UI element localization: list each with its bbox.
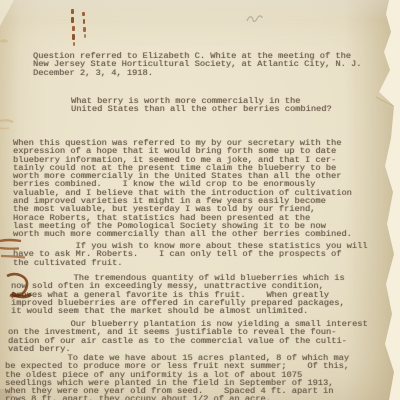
tan-smudge (0, 120, 13, 122)
paragraph: Our blueberry plantation is now yielding… (8, 320, 368, 353)
paragraph: To date we have about 15 acres planted, … (5, 354, 349, 400)
pencil-scribble (247, 16, 262, 22)
body-line: vated berry. (8, 345, 368, 353)
paragraph: The tremendous quantity of wild blueberr… (11, 274, 345, 315)
question-line: United States than all the other berries… (71, 105, 332, 113)
staple-rust-marks (71, 9, 86, 46)
body-line: it would seem that the market should be … (11, 307, 345, 315)
paragraph: When this question was referred to my by… (13, 139, 352, 239)
tan-fleck (0, 39, 8, 42)
body-line: rows 8 ft. apart, they occupy about 1/2 … (5, 395, 349, 400)
typed-reference-header: Question referred to Elizabeth C. White … (33, 52, 361, 77)
paragraph: If you wish to know more about these sta… (13, 242, 368, 267)
body-line: the cultivated fruit. (13, 259, 368, 267)
paper-sheet: Question referred to Elizabeth C. White … (0, 0, 400, 400)
document-scan: Question referred to Elizabeth C. White … (0, 0, 400, 400)
body-line: worth much more commercially than all th… (13, 230, 352, 238)
header-line: December 2, 3, 4, 1918. (33, 69, 361, 77)
fold-crease (376, 58, 398, 112)
typed-question: What berry is worth more commercially in… (71, 97, 332, 114)
tan-smudge (0, 128, 9, 129)
torn-corner (0, 0, 14, 26)
